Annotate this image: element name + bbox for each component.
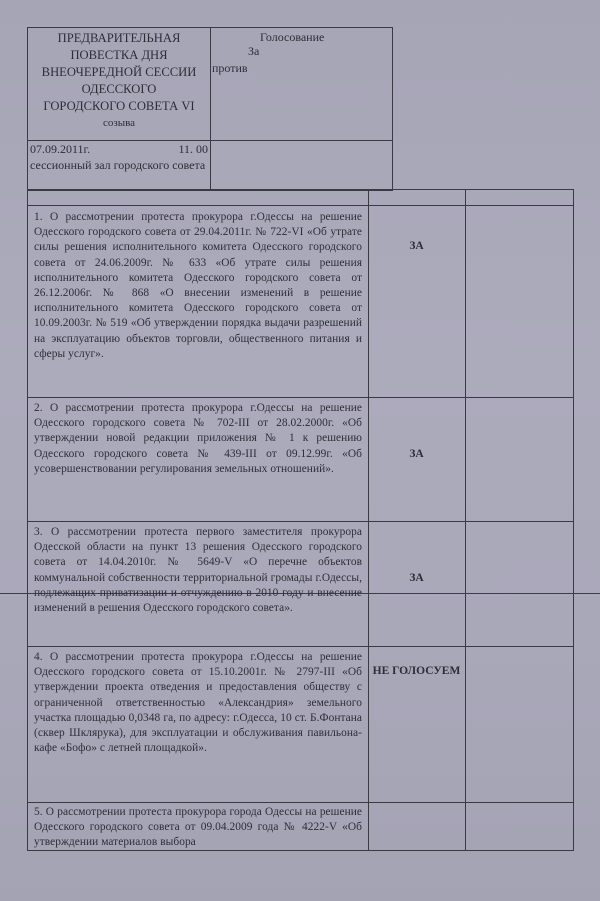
session-location: сессионный зал городского совета (30, 158, 208, 174)
column-divider-against (465, 189, 466, 851)
agenda-item-4: 4. О рассмотрении протеста прокурора г.О… (34, 650, 362, 756)
vote-result-2: ЗА (368, 446, 465, 463)
voting-legend: Голосование За против (212, 28, 392, 140)
header-row-divider (27, 140, 393, 141)
vote-result-4: НЕ ГОЛОСУЕМ (368, 663, 465, 680)
row-divider (27, 646, 574, 647)
for-label: За (248, 44, 259, 59)
title-subtitle: созыва (28, 115, 210, 132)
vote-result-3: ЗА (368, 570, 465, 587)
header-divider (210, 27, 211, 191)
title-line: ОДЕССКОГО (28, 81, 210, 98)
column-divider-vote (368, 189, 369, 851)
title-line: ГОРОДСКОГО СОВЕТА VI (28, 98, 210, 115)
voting-label: Голосование (260, 30, 324, 45)
row-divider (27, 397, 574, 398)
row-divider (27, 802, 574, 803)
against-label: против (212, 61, 248, 76)
agenda-item-1: 1. О рассмотрении протеста прокурора г.О… (34, 210, 362, 362)
title-line: ПОВЕСТКА ДНЯ (28, 47, 210, 64)
agenda-item-5: 5. О рассмотрении протеста прокурора гор… (34, 805, 362, 851)
agenda-item-3: 3. О рассмотрении протеста первого замес… (34, 525, 362, 616)
session-date: 07.09.2011г. (30, 142, 90, 158)
session-info: 07.09.2011г. 11. 00 сессионный зал город… (30, 142, 208, 173)
row-divider (27, 205, 574, 206)
row-divider (27, 521, 574, 522)
session-time: 11. 00 (178, 142, 208, 158)
vote-result-1: ЗА (368, 238, 465, 255)
title-line: ПРЕДВАРИТЕЛЬНАЯ (28, 30, 210, 47)
agenda-title: ПРЕДВАРИТЕЛЬНАЯ ПОВЕСТКА ДНЯ ВНЕОЧЕРЕДНО… (28, 28, 210, 140)
title-line: ВНЕОЧЕРЕДНОЙ СЕССИИ (28, 64, 210, 81)
agenda-item-2: 2. О рассмотрении протеста прокурора г.О… (34, 401, 362, 477)
